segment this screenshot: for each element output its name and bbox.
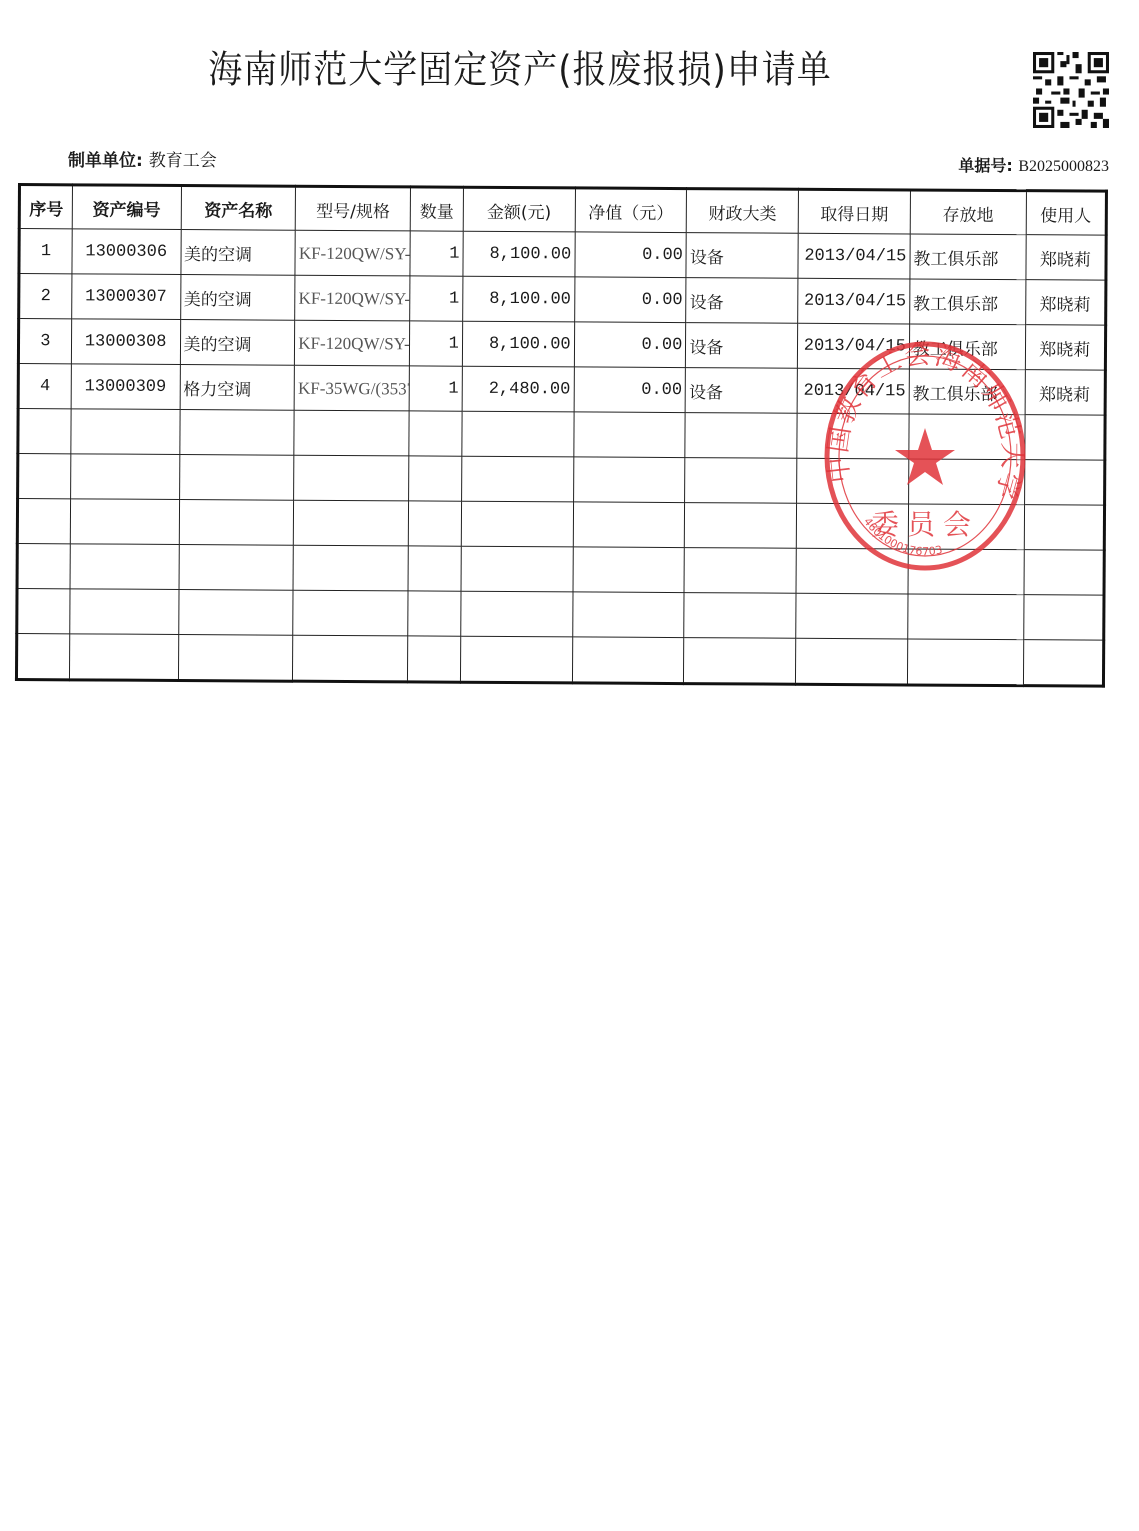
row-spec: KF-120QW/SY-B2(R3)A08216389 [295, 230, 410, 276]
empty-cell [179, 499, 294, 545]
header-qty: 数量 [410, 187, 463, 231]
empty-cell [1023, 640, 1104, 686]
empty-cell [17, 589, 70, 634]
empty-cell [796, 593, 908, 639]
document-number: 单据号: B2025000823 [958, 153, 1109, 176]
header-amount: 金额(元) [463, 187, 575, 232]
row-spec: KF-120QW/SY-B2(R3)A08216389 [295, 320, 410, 366]
empty-cell [796, 548, 908, 594]
empty-cell [573, 502, 685, 548]
table-row: 413000309格力空调KF-35WG/(35370)Aa-208216361… [18, 364, 1105, 416]
qr-code-icon [1033, 50, 1109, 130]
row-category: 设备 [686, 323, 798, 369]
row-seq: 2 [19, 274, 72, 319]
empty-cell [178, 634, 293, 681]
empty-cell [684, 638, 796, 685]
row-category: 设备 [686, 233, 798, 279]
empty-cell [408, 501, 461, 546]
row-seq: 3 [18, 319, 71, 364]
row-net-value: 0.00 [574, 277, 686, 323]
empty-cell [573, 547, 685, 593]
table-row: 113000306美的空调KF-120QW/SY-B2(R3)A08216389… [19, 229, 1106, 281]
empty-cell [69, 634, 178, 681]
row-qty: 1 [409, 366, 462, 411]
empty-table-row [18, 409, 1105, 461]
empty-cell [17, 544, 70, 589]
asset-table: 序号 资产编号 资产名称 型号/规格 数量 金额(元) 净值（元） 财政大类 取… [15, 183, 1108, 688]
empty-cell [409, 456, 462, 501]
empty-cell [16, 634, 69, 680]
empty-cell [179, 409, 294, 455]
empty-table-row [17, 544, 1104, 596]
empty-cell [573, 412, 685, 458]
row-location: 教工俱乐部 [909, 279, 1025, 325]
row-user: 郑晓莉 [1025, 280, 1106, 325]
empty-cell [461, 546, 573, 592]
empty-cell [796, 503, 908, 549]
empty-cell [1024, 505, 1105, 550]
empty-cell [293, 545, 408, 591]
empty-cell [70, 544, 179, 590]
table-row: 213000307美的空调KF-120QW/SY-B2(R3)A08216389… [19, 274, 1106, 326]
empty-cell [684, 548, 796, 594]
empty-cell [908, 594, 1024, 640]
row-qty: 1 [410, 231, 463, 276]
header-asset-no: 资产编号 [72, 185, 181, 230]
empty-cell [1024, 550, 1105, 595]
empty-cell [908, 504, 1024, 550]
row-date: 2013/04/15 [797, 323, 909, 369]
empty-cell [462, 411, 574, 457]
empty-cell [1023, 595, 1104, 640]
empty-cell [408, 546, 461, 591]
row-qty: 1 [410, 276, 463, 321]
row-user: 郑晓莉 [1026, 235, 1107, 280]
row-asset-name: 美的空调 [180, 319, 295, 365]
empty-cell [908, 459, 1024, 505]
row-net-value: 0.00 [574, 367, 686, 413]
document-number-label: 单据号: [958, 156, 1012, 175]
header-category: 财政大类 [687, 189, 799, 234]
empty-cell [685, 413, 797, 459]
empty-cell [797, 458, 909, 504]
header-seq: 序号 [19, 185, 72, 229]
row-seq: 1 [19, 229, 72, 274]
row-asset-no: 13000306 [72, 229, 181, 275]
header-spec: 型号/规格 [295, 186, 410, 231]
row-asset-name: 美的空调 [180, 274, 295, 320]
issuing-unit-label: 制单单位: [68, 151, 143, 171]
empty-cell [684, 593, 796, 639]
empty-cell [294, 455, 409, 501]
empty-cell [572, 637, 684, 684]
empty-cell [70, 499, 179, 545]
row-spec: KF-35WG/(35370)Aa-20821636 [294, 365, 409, 411]
table-row: 313000308美的空调KF-120QW/SY-B2(R3)A08216389… [18, 319, 1105, 371]
empty-cell [179, 454, 294, 500]
empty-cell [294, 410, 409, 456]
table-header-row: 序号 资产编号 资产名称 型号/规格 数量 金额(元) 净值（元） 财政大类 取… [19, 185, 1106, 236]
document-number-value: B2025000823 [1018, 158, 1109, 175]
empty-table-row [17, 589, 1104, 641]
row-amount: 8,100.00 [462, 321, 574, 367]
empty-cell [908, 549, 1024, 595]
header-location: 存放地 [910, 190, 1026, 235]
empty-cell [178, 589, 293, 635]
empty-cell [909, 414, 1025, 460]
empty-cell [179, 544, 294, 590]
row-qty: 1 [409, 321, 462, 366]
empty-cell [796, 638, 908, 685]
row-spec: KF-120QW/SY-B2(R3)A08216389 [295, 275, 410, 321]
header-asset-name: 资产名称 [181, 185, 296, 230]
row-net-value: 0.00 [574, 322, 686, 368]
empty-cell [797, 413, 909, 459]
empty-cell [409, 411, 462, 456]
empty-cell [572, 592, 684, 638]
empty-cell [573, 457, 685, 503]
row-category: 设备 [686, 278, 798, 324]
row-asset-no: 13000308 [71, 319, 180, 365]
row-category: 设备 [685, 368, 797, 414]
row-seq: 4 [18, 364, 71, 409]
header-net-value: 净值（元） [575, 188, 687, 233]
empty-table-row [16, 634, 1103, 687]
row-asset-name: 格力空调 [180, 364, 295, 410]
row-location: 教工俱乐部 [909, 324, 1025, 370]
empty-cell [1024, 460, 1105, 505]
empty-cell [293, 590, 408, 636]
empty-cell [1024, 415, 1105, 460]
empty-cell [18, 409, 71, 454]
empty-table-row [18, 454, 1105, 506]
document-title: 海南师范大学固定资产(报废报损)申请单 [0, 39, 1040, 94]
empty-cell [685, 458, 797, 504]
row-asset-no: 13000309 [71, 364, 180, 410]
empty-cell [408, 591, 461, 636]
issuing-unit-value: 教育工会 [149, 151, 217, 171]
row-net-value: 0.00 [575, 232, 687, 278]
row-date: 2013/04/15 [798, 278, 910, 324]
row-asset-name: 美的空调 [180, 229, 295, 275]
empty-cell [70, 589, 179, 635]
empty-cell [460, 636, 572, 683]
empty-cell [293, 635, 408, 682]
row-amount: 8,100.00 [463, 276, 575, 322]
empty-cell [461, 591, 573, 637]
empty-cell [71, 409, 180, 455]
header-date: 取得日期 [798, 189, 910, 234]
row-amount: 2,480.00 [462, 366, 574, 412]
row-date: 2013/04/15 [798, 233, 910, 279]
row-amount: 8,100.00 [463, 231, 575, 277]
row-user: 郑晓莉 [1025, 370, 1106, 415]
empty-cell [685, 503, 797, 549]
row-location: 教工俱乐部 [909, 369, 1025, 415]
row-asset-no: 13000307 [71, 274, 180, 320]
empty-cell [70, 454, 179, 500]
header-user: 使用人 [1026, 191, 1107, 235]
row-location: 教工俱乐部 [910, 234, 1026, 280]
empty-table-row [17, 499, 1104, 551]
empty-cell [17, 499, 70, 544]
issuing-unit: 制单单位: 教育工会 [68, 146, 217, 171]
empty-cell [461, 501, 573, 547]
empty-cell [907, 639, 1023, 686]
empty-cell [461, 456, 573, 502]
row-user: 郑晓莉 [1025, 325, 1106, 370]
empty-cell [294, 500, 409, 546]
empty-cell [18, 454, 71, 499]
empty-cell [408, 636, 461, 682]
row-date: 2013/04/15 [797, 368, 909, 414]
